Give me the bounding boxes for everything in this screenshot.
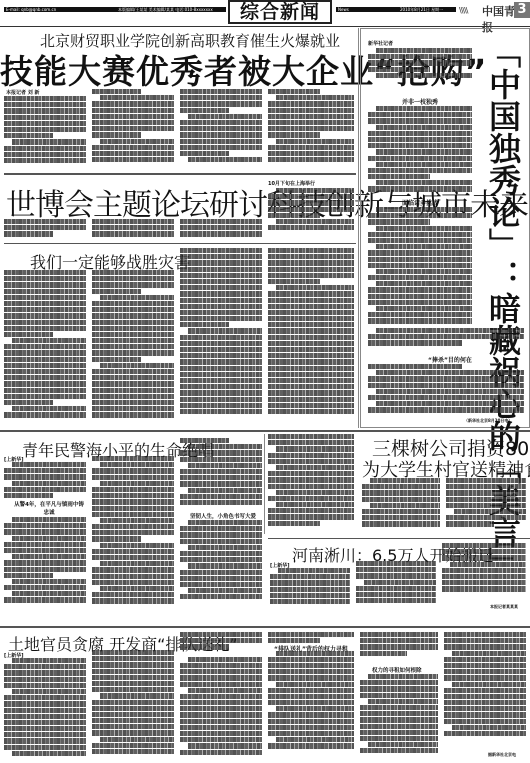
commentary-column [368,48,472,82]
section-divider [0,626,530,628]
article-subhead: 坚韧人生，小角色书写大爱 [190,512,256,520]
article-column [356,561,436,608]
sidebar-lead: 10月下旬在上海举行 [268,180,315,187]
masthead-email: E-mail: qnb@qnb.com.cn [6,6,56,13]
article-column [4,517,86,607]
commentary-column [368,328,524,348]
article-column [92,89,174,168]
masthead-editor-info: 本版编辑/王某某 美术编辑/某某 电话:010-8xxxxxxx [118,6,213,13]
article-column [4,270,86,420]
article-column [268,248,354,420]
article-column [180,219,262,239]
article-column [180,248,262,420]
commentary-subhead: 面临诸多挑战 [402,198,438,207]
article-subhead: 权力的寻租如何根除 [372,666,422,674]
article-column [360,632,438,662]
commentary-column [368,207,472,327]
commentary-subhead: “捧杀”目的何在 [428,355,472,364]
commentary-column [368,364,524,416]
column-rule [358,28,359,428]
article-column [92,219,174,239]
page-number: 3 [514,2,530,18]
article-headline: 世博会主题论坛研讨科技创新与城市未来 [6,180,274,224]
article-column [92,456,174,606]
column-rule [264,434,265,534]
article-column [4,462,86,498]
article-column [268,632,354,763]
article-column [4,658,86,763]
article-column [360,674,438,763]
article-column [92,270,174,420]
article-column [180,632,262,763]
article-subhead: 从警4年，在平凡与镇雨中铸忠诚 [14,500,84,516]
commentary-credit: （新华社北京8月20日电） [464,418,512,424]
article-column [268,434,354,534]
article-headline: 技能大赛优秀者被大企业“抢购” [0,46,360,93]
article-byline: 本报记者 刘 新 [6,89,39,96]
section-divider [0,430,530,432]
article-column [446,478,526,536]
article-column [442,543,526,598]
section-divider [268,538,530,539]
decorative-stripes-icon: \\\\\ [459,6,467,15]
section-divider [4,173,356,175]
article-column [180,520,262,606]
section-title: 综合新闻 [228,0,332,24]
article-column [268,188,354,236]
article-credit: 本报记者某某某 [490,604,518,610]
article-column [444,632,526,746]
masthead-rule [0,26,530,27]
issue-date: 2010年8月21日 星期一 [400,6,443,13]
article-credit: 据新华社北京电 [488,752,516,758]
article-column [92,650,174,763]
article-column [180,89,262,168]
article-column [362,478,440,536]
news-label: News [338,6,349,13]
article-column [270,568,350,608]
article-column [4,96,86,168]
article-column [268,89,354,168]
section-divider [4,243,356,244]
article-column [180,438,262,508]
commentary-byline: 新华社记者 [368,40,393,47]
commentary-subhead: 并非一枝独秀 [402,97,438,106]
article-column [4,219,86,239]
commentary-column [368,106,472,192]
